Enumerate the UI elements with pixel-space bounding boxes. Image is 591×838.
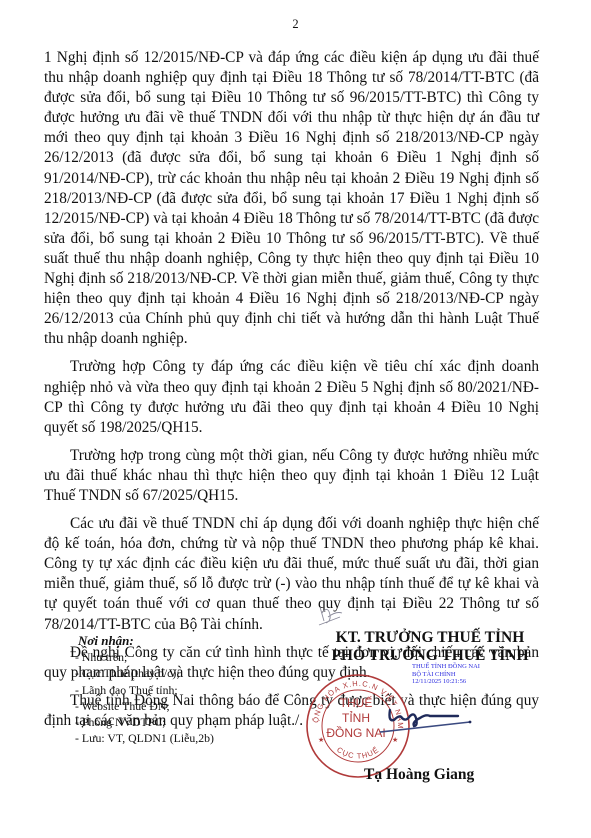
paragraph: 1 Nghị định số 12/2015/NĐ-CP và đáp ứng … [44,48,539,349]
recipients-block: Nơi nhận: - Như trên; - Cục Thuế (thay b… [75,633,214,746]
recipient-item: - Như trên; [75,649,214,665]
paragraph: Trường hợp Công ty đáp ứng các điều kiện… [44,357,539,437]
signer-name: Tạ Hoàng Giang [364,766,474,784]
handwritten-signature-icon [380,700,510,740]
recipient-item: - Phòng NVDTPC; [75,714,214,730]
recipient-item: - Website Thuế ĐN; [75,698,214,714]
recipient-item: - Cục Thuế (thay b/c); [75,665,214,681]
initials-mark-icon [316,603,344,627]
digital-signature-timestamp: 12/11/2025 10:21:56 [412,678,480,686]
signer-title-block: KT. TRƯỞNG THUẾ TỈNH PHÓ TRƯỞNG THUẾ TỈN… [305,629,555,665]
signer-title-line1: KT. TRƯỞNG THUẾ TỈNH [305,629,555,647]
paragraph: Các ưu đãi về thuế TNDN chỉ áp dụng đối … [44,514,539,635]
page-number: 2 [0,17,591,32]
recipients-title: Nơi nhận: [78,633,214,649]
recipient-item: - Lãnh đạo Thuế tỉnh; [75,682,214,698]
paragraph: Trường hợp trong cùng một thời gian, nếu… [44,446,539,506]
recipient-item: - Lưu: VT, QLDN1 (Liễu,2b) [75,730,214,746]
digital-signature-org: THUẾ TỈNH ĐỒNG NAI [412,663,480,671]
digital-signature-info: THUẾ TỈNH ĐỒNG NAI BỘ TÀI CHÍNH 12/11/20… [412,663,480,686]
digital-signature-ministry: BỘ TÀI CHÍNH [412,671,480,679]
